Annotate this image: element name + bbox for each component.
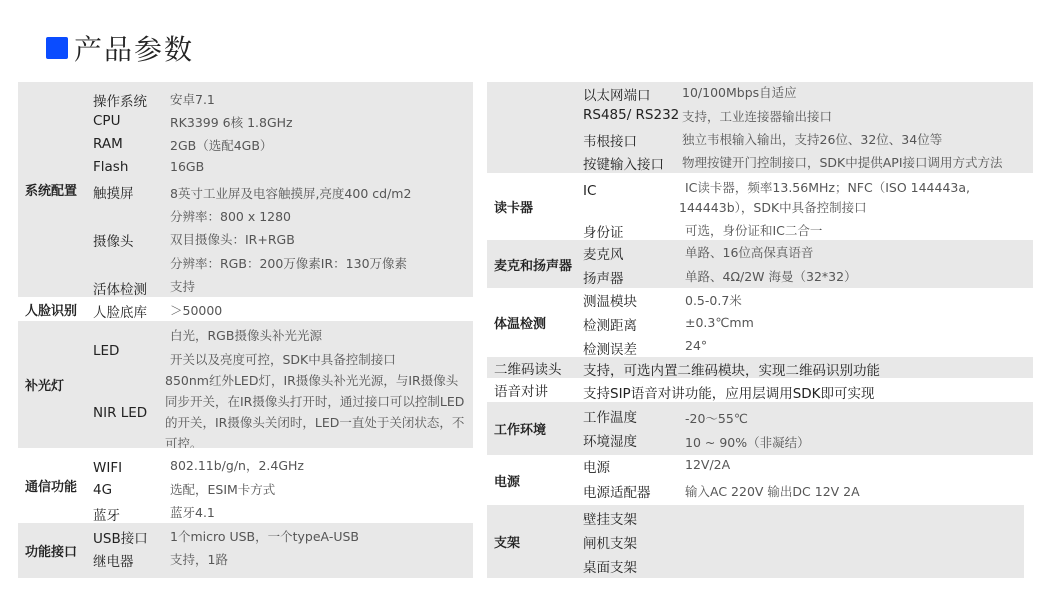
- spec-value: 850nm红外LED灯，IR摄像头补光光源，与IR摄像头同步开关，在IR摄像头打…: [165, 370, 467, 454]
- spec-label: 检测误差: [583, 338, 637, 358]
- category-label: 补光灯: [25, 321, 64, 448]
- spec-label: 触摸屏: [93, 182, 134, 202]
- category-label: 功能接口: [25, 523, 77, 578]
- spec-value: 白光，RGB摄像头补光光源: [170, 326, 322, 344]
- spec-label: NIR LED: [93, 405, 147, 421]
- spec-label: 蓝牙: [93, 504, 120, 524]
- group-work-environment: 工作环境 工作温度 -20～55℃ 环境湿度 10 ~ 90%（非凝结）: [487, 402, 1033, 455]
- spec-table-right: 以太网端口 10/100Mbps自适应 RS485/ RS232 支持，工业连接…: [487, 82, 1033, 578]
- spec-value: 0.5-0.7米: [685, 291, 742, 309]
- group-interfaces: 以太网端口 10/100Mbps自适应 RS485/ RS232 支持，工业连接…: [487, 82, 1033, 173]
- section-header: 产品参数: [46, 28, 194, 68]
- spec-value: 选配，ESIM卡方式: [170, 480, 275, 498]
- spec-value: 10/100Mbps自适应: [682, 83, 797, 101]
- spec-label: 4G: [93, 482, 112, 498]
- group-communication: 通信功能 WIFI 802.11b/g/n，2.4GHz 4G 选配，ESIM卡…: [18, 448, 473, 523]
- spec-value: 802.11b/g/n，2.4GHz: [170, 456, 304, 474]
- group-qr-reader: 二维码读头 支持，可选内置二维码模块，实现二维码识别功能: [487, 357, 1033, 378]
- spec-value: 支持，可选内置二维码模块，实现二维码识别功能: [583, 359, 880, 379]
- page-title: 产品参数: [74, 28, 194, 68]
- spec-value: IC读卡器，频率13.56MHz；NFC（ISO 144443a,: [685, 178, 970, 196]
- spec-value-line2: 分辨率：800 x 1280: [170, 207, 291, 225]
- spec-value: 蓝牙4.1: [170, 503, 215, 521]
- spec-value: ＞50000: [170, 301, 222, 319]
- category-label: 系统配置: [25, 82, 77, 297]
- spec-value: 安卓7.1: [170, 90, 215, 108]
- group-mic-speaker: 麦克和扬声器 麦克风 单路、16位高保真语音 扬声器 单路、4Ω/2W 海曼（3…: [487, 240, 1033, 288]
- spec-label: 继电器: [93, 550, 134, 570]
- spec-label: 活体检测: [93, 278, 147, 298]
- spec-value-line2: 144443b），SDK中具备控制接口: [679, 198, 867, 216]
- spec-label: RAM: [93, 136, 123, 152]
- category-label: 二维码读头: [494, 357, 562, 378]
- spec-label: 以太网端口: [583, 84, 651, 104]
- group-fill-light: 补光灯 LED 白光，RGB摄像头补光光源 开关以及亮度可控，SDK中具备控制接…: [18, 321, 473, 448]
- group-voice-intercom: 语音对讲 支持SIP语音对讲功能，应用层调用SDK即可实现: [487, 378, 1033, 402]
- spec-value: ±0.3℃mm: [685, 315, 754, 330]
- spec-label: 身份证: [583, 221, 624, 241]
- category-label: 读卡器: [494, 173, 533, 240]
- spec-label: Flash: [93, 159, 128, 175]
- spec-label: 扬声器: [583, 267, 624, 287]
- spec-value: 物理按键开门控制接口，SDK中提供API接口调用方式方法: [682, 153, 1003, 171]
- category-label: 人脸识别: [25, 297, 77, 321]
- group-function-interface: 功能接口 USB接口 1个micro USB，一个typeA-USB 继电器 支…: [18, 523, 473, 578]
- category-label: 工作环境: [494, 402, 546, 455]
- square-bullet-icon: [46, 37, 68, 59]
- group-bracket: 支架 壁挂支架 闸机支架 桌面支架: [487, 505, 1024, 578]
- spec-label: 检测距离: [583, 314, 637, 334]
- spec-value: 双目摄像头：IR+RGB: [170, 230, 295, 248]
- spec-value: 支持，工业连接器输出接口: [682, 107, 832, 125]
- spec-value: RK3399 6核 1.8GHz: [170, 113, 293, 131]
- category-label: 通信功能: [25, 448, 77, 523]
- spec-value: 1个micro USB，一个typeA-USB: [170, 527, 359, 545]
- spec-label: WIFI: [93, 460, 122, 476]
- category-label: 支架: [494, 505, 520, 578]
- spec-value: 单路、4Ω/2W 海曼（32*32）: [685, 267, 857, 285]
- group-card-reader: 读卡器 IC IC读卡器，频率13.56MHz；NFC（ISO 144443a,…: [487, 173, 1033, 240]
- spec-value: 支持SIP语音对讲功能，应用层调用SDK即可实现: [583, 382, 875, 402]
- spec-label: 电源: [583, 456, 610, 476]
- spec-label: 桌面支架: [583, 556, 637, 576]
- spec-label: RS485/ RS232: [583, 107, 679, 123]
- group-temperature: 体温检测 测温模块 0.5-0.7米 检测距离 ±0.3℃mm 检测误差 24°: [487, 288, 1033, 357]
- spec-label: 按键输入接口: [583, 153, 664, 173]
- spec-value: 12V/2A: [685, 457, 730, 472]
- category-label: 语音对讲: [494, 378, 548, 402]
- spec-value: 支持，1路: [170, 550, 228, 568]
- spec-value-line2: 开关以及亮度可控，SDK中具备控制接口: [170, 350, 396, 368]
- spec-value: 输入AC 220V 输出DC 12V 2A: [685, 482, 860, 500]
- spec-label: IC: [583, 183, 596, 199]
- spec-label: 麦克风: [583, 243, 624, 263]
- spec-label: 工作温度: [583, 406, 637, 426]
- spec-label: 摄像头: [93, 230, 134, 250]
- spec-label: 测温模块: [583, 290, 637, 310]
- spec-table-left: 系统配置 操作系统 安卓7.1 CPU RK3399 6核 1.8GHz RAM…: [18, 82, 473, 578]
- spec-label: 人脸底库: [93, 301, 147, 321]
- spec-value: 8英寸工业屏及电容触摸屏,亮度400 cd/m2: [170, 184, 411, 202]
- spec-label: 电源适配器: [583, 481, 651, 501]
- spec-value-line2: 分辨率：RGB：200万像素IR：130万像素: [170, 254, 407, 272]
- spec-label: USB接口: [93, 527, 148, 547]
- spec-label: 壁挂支架: [583, 508, 637, 528]
- spec-value: 支持: [170, 277, 195, 295]
- spec-value: 2GB（选配4GB）: [170, 136, 272, 154]
- group-system-config: 系统配置 操作系统 安卓7.1 CPU RK3399 6核 1.8GHz RAM…: [18, 82, 473, 297]
- spec-value: 可选，身份证和IC二合一: [685, 221, 822, 239]
- spec-value: 24°: [685, 338, 707, 353]
- spec-label: LED: [93, 343, 119, 359]
- spec-value: 单路、16位高保真语音: [685, 243, 813, 261]
- spec-label: 环境湿度: [583, 430, 637, 450]
- spec-value: 16GB: [170, 159, 204, 174]
- category-label: 体温检测: [494, 288, 546, 357]
- spec-label: 韦根接口: [583, 130, 637, 150]
- group-face-recognition: 人脸识别 人脸底库 ＞50000: [18, 297, 473, 321]
- spec-value: -20～55℃: [685, 409, 748, 427]
- spec-value: 10 ~ 90%（非凝结）: [685, 433, 810, 451]
- spec-label: 操作系统: [93, 90, 147, 110]
- spec-label: 闸机支架: [583, 532, 637, 552]
- spec-label: CPU: [93, 113, 120, 129]
- category-label: 电源: [494, 455, 520, 505]
- category-label: 麦克和扬声器: [494, 240, 572, 288]
- group-power: 电源 电源 12V/2A 电源适配器 输入AC 220V 输出DC 12V 2A: [487, 455, 1033, 505]
- spec-value: 独立韦根输入输出，支持26位、32位、34位等: [682, 130, 942, 148]
